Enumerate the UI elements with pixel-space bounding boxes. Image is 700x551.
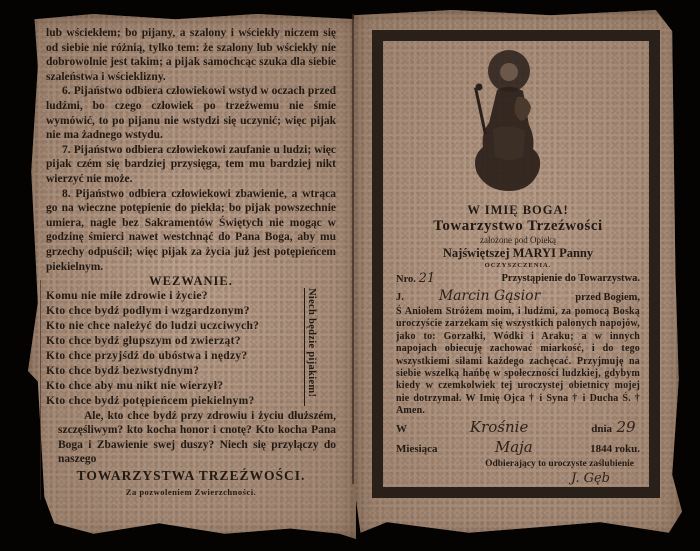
handwritten-member-name: Marcin Gąsior [404, 288, 575, 305]
question-item: Kto chce aby mu nikt nie wierzył? [46, 379, 291, 394]
founded-under: założone pod Opieką [396, 235, 640, 246]
page-fold [352, 14, 354, 484]
number-field: Nro. 21 [396, 270, 435, 288]
point-8: 8. Pijaństwo odbiera człowiekowi zbawien… [46, 187, 336, 275]
handwritten-place: Krośnie [407, 418, 591, 436]
certificate-title: Towarzystwo Trzeźwości [396, 218, 640, 235]
madonna-woodcut-icon [469, 45, 549, 195]
question-item: Kto chce przyjśdź do ubóstwa i nędzy? [46, 349, 291, 364]
question-item: Kto chce bydź potępieńcem piekielnym? [46, 394, 291, 409]
patron-subtitle: OCZYSZCZENIA. [396, 261, 640, 270]
margin-tear-line [40, 280, 41, 500]
question-list: Komu nie miłe zdrowie i życie? Kto chce … [46, 289, 291, 409]
joining-label: Przystąpienie do Towarzystwa. [501, 270, 640, 288]
receiver-label: Odbierający to uroczyste zaślubienie [396, 458, 640, 471]
permission-note: Za pozwoleniem Zwierzchności. [46, 485, 336, 500]
pledge-text: Ś Aniołem Stróżem moim, i ludźmi, za pom… [396, 306, 640, 418]
continuation-paragraph: lub wściekłem; bo pijany, a szalony i wś… [46, 26, 336, 84]
society-title: TOWARZYSTWA TRZEŹWOŚCI. [46, 469, 336, 484]
question-item: Kto chce bydź głupszym od zwierząt? [46, 334, 291, 349]
handwritten-day: 29 [612, 418, 640, 436]
question-item: Kto chce bydź bezwstydnym? [46, 364, 291, 379]
vertical-motto: Niech będzie pijakiem! [306, 288, 317, 397]
place-day-row: W Krośnie dnia 29 [396, 418, 640, 438]
certificate-text: W IMIĘ BOGA! Towarzystwo Trzeźwości zało… [396, 202, 640, 486]
number-row: Nro. 21 Przystąpienie do Towarzystwa. [396, 270, 640, 288]
handwritten-month: Maja [438, 438, 591, 456]
point-6: 6. Pijaństwo odbiera człowiekowi wstyd w… [46, 84, 336, 142]
question-item: Komu nie miłe zdrowie i życie? [46, 289, 291, 304]
wezwanie-heading: WEZWANIE. [46, 274, 336, 289]
question-item: Kto chce bydź podłym i wzgardzonym? [46, 304, 291, 319]
month-year-row: Miesiąca Maja 1844 roku. [396, 438, 640, 458]
left-page-text: lub wściekłem; bo pijany, a szalony i wś… [46, 26, 336, 499]
patron-name: Najświętszej MARYI Panny [396, 246, 640, 261]
pledge-name-row: J. Marcin Gąsior przed Bogiem, [396, 288, 640, 306]
receiver-signature: J. Gęb [396, 471, 640, 486]
invocation: W IMIĘ BOGA! [396, 202, 640, 218]
question-item: Kto nie chce należyć do ludzi uczciwych? [46, 319, 291, 334]
point-7: 7. Pijaństwo odbiera człowiekowi zaufani… [46, 143, 336, 187]
handwritten-number: 21 [419, 271, 436, 286]
closing-paragraph: Ale, kto chce bydź przy zdrowiu i życiu … [58, 409, 336, 467]
motto-rule [304, 288, 305, 406]
